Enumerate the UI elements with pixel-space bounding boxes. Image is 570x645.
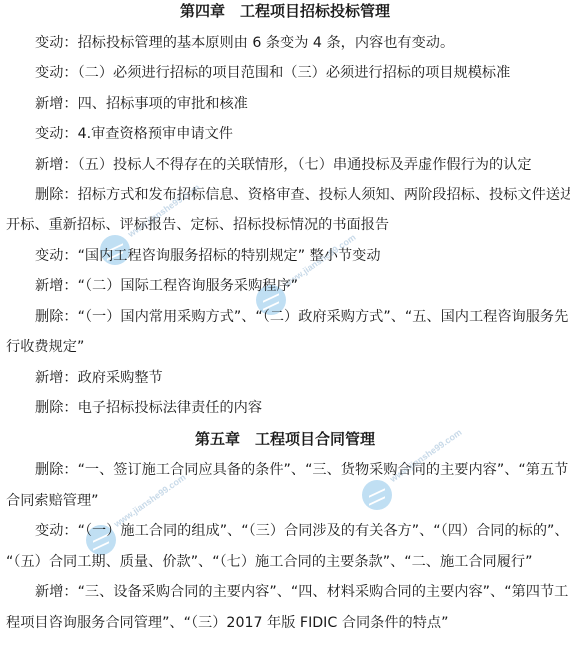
chapter5-line: 程项目咨询服务合同管理”、“（三）2017 年版 FIDIC 合同条件的特点”: [6, 613, 566, 633]
chapter5-title: 第五章 工程项目合同管理: [0, 429, 570, 449]
chapter4-line: 新增：“（二）国际工程咨询服务采购程序”: [35, 276, 565, 296]
chapter4-line: 新增：（五）投标人不得存在的关联情形，（七）串通投标及弄虚作假行为的认定: [35, 155, 565, 175]
chapter4-title: 第四章 工程项目招标投标管理: [0, 1, 570, 21]
chapter5-line: 新增：“三、设备采购合同的主要内容”、“四、材料采购合同的主要内容”、“第四节工: [35, 582, 565, 602]
chapter4-line: 变动：（二）必须进行招标的项目范围和（三）必须进行招标的项目规模标准: [35, 63, 565, 83]
chapter4-line: 变动：招标投标管理的基本原则由 6 条变为 4 条，内容也有变动。: [35, 33, 565, 53]
chapter4-line: 新增：四、招标事项的审批和核准: [35, 94, 565, 114]
chapter4-line: 开标、重新招标、评标报告、定标、招标投标情况的书面报告: [6, 215, 566, 235]
chapter4-line: 新增：政府采购整节: [35, 368, 565, 388]
chapter4-line: 行收费规定”: [6, 337, 566, 357]
chapter5-line: 删除：“一、签订施工合同应具备的条件”、“三、货物采购合同的主要内容”、“第五节: [35, 460, 565, 480]
chapter4-line: 变动：4.审查资格预审申请文件: [35, 124, 565, 144]
chapter5-line: 合同索赔管理”: [6, 491, 566, 511]
chapter4-line: 删除：“（一）国内常用采购方式”、“（二）政府采购方式”、“五、国内工程咨询服务…: [35, 307, 565, 327]
chapter4-line: 删除：招标方式和发布招标信息、资格审查、投标人须知、两阶段招标、投标文件送达、: [35, 185, 565, 205]
chapter5-line: 变动：“（一）施工合同的组成”、“（三）合同涉及的有关各方”、“（四）合同的标的…: [35, 521, 565, 541]
chapter4-line: 变动：“国内工程咨询服务招标的特别规定” 整小节变动: [35, 246, 565, 266]
chapter4-line: 删除：电子招标投标法律责任的内容: [35, 398, 565, 418]
chapter5-line: “（五）合同工期、质量、价款”、“（七）施工合同的主要条款”、“二、施工合同履行…: [6, 552, 566, 572]
